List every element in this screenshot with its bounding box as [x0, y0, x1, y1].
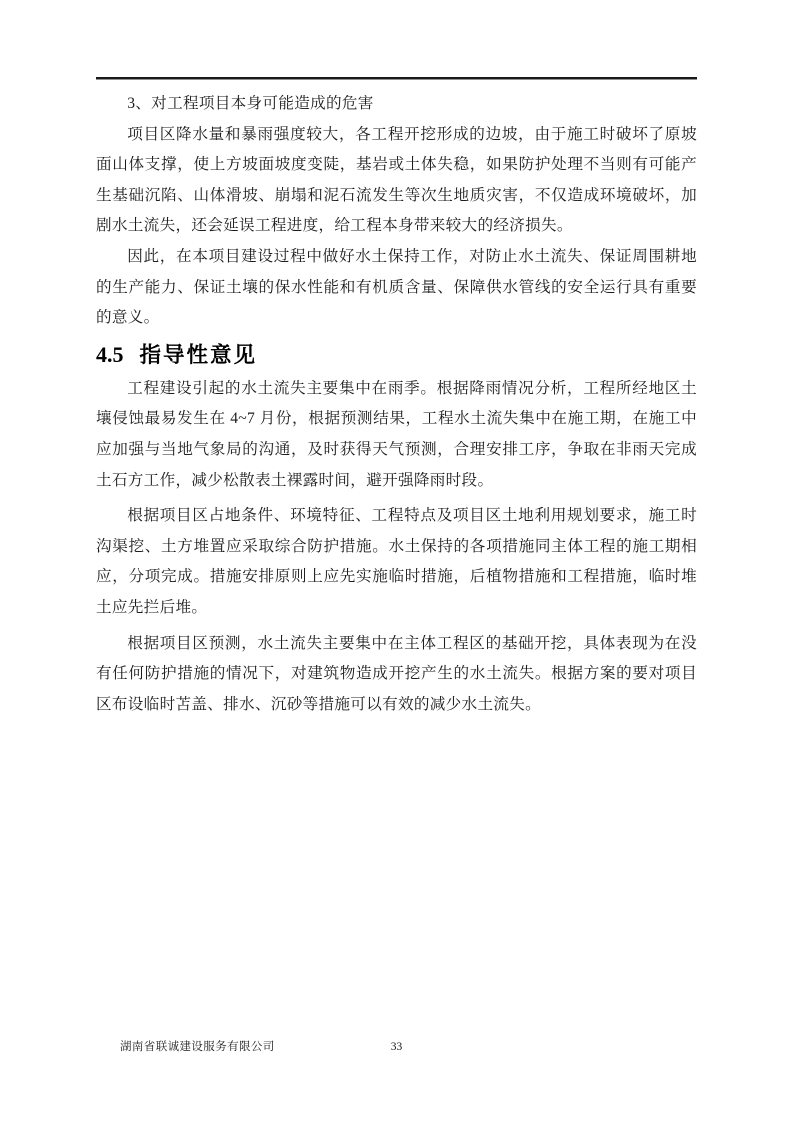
paragraph: 项目区降水量和暴雨强度较大，各工程开挖形成的边坡，由于施工时破坏了原坡面山体支撑…: [96, 120, 697, 242]
page-footer: 湖南省联诚建设服务有限公司 33: [0, 1037, 793, 1057]
section-number: 4.5: [96, 336, 124, 374]
footer-page-number: 33: [0, 1037, 793, 1057]
section-paragraphs: 工程建设引起的水土流失主要集中在雨季。根据降雨情况分析，工程所经地区土壤侵蚀最易…: [96, 374, 697, 721]
subheading-item-3: 3、对工程项目本身可能造成的危害: [96, 89, 697, 120]
section-title: 指导性意见: [140, 336, 258, 374]
paragraph: 根据项目区预测，水土流失主要集中在主体工程区的基础开挖，具体表现为在没有任何防护…: [96, 629, 697, 721]
page-content: 3、对工程项目本身可能造成的危害 项目区降水量和暴雨强度较大，各工程开挖形成的边…: [96, 89, 697, 720]
header-rule: [96, 77, 697, 80]
section-heading: 4.5 指导性意见: [96, 336, 697, 374]
paragraph: 工程建设引起的水土流失主要集中在雨季。根据降雨情况分析，工程所经地区土壤侵蚀最易…: [96, 374, 697, 496]
paragraph: 根据项目区占地条件、环境特征、工程特点及项目区土地利用规划要求，施工时沟渠挖、土…: [96, 501, 697, 623]
paragraph: 因此，在本项目建设过程中做好水土保持工作，对防止水土流失、保证周围耕地的生产能力…: [96, 242, 697, 334]
document-page: 3、对工程项目本身可能造成的危害 项目区降水量和暴雨强度较大，各工程开挖形成的边…: [0, 0, 793, 1122]
